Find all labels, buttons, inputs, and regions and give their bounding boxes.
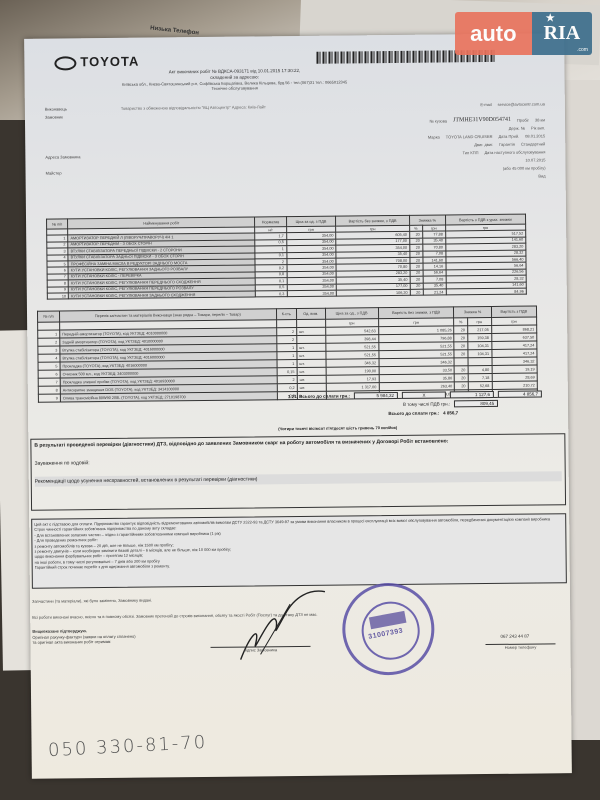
spacer: [121, 144, 468, 148]
row-no: 2: [38, 338, 60, 346]
part-discount: 159,38: [467, 333, 491, 341]
date-value: 08.01.2015: [525, 133, 545, 138]
vat-label: В тому числі ПДВ грн.:: [403, 401, 450, 406]
part-qty: 2: [277, 376, 297, 384]
vat-value: 809,45: [454, 400, 498, 407]
brand-name: TOYOTA: [80, 54, 139, 70]
customer-address-label: Адреса Замовника: [45, 153, 115, 159]
spacer: [46, 180, 116, 181]
work-price: 354,00: [287, 290, 337, 297]
next-service-km: (або 45 000 км пробігу): [503, 165, 546, 170]
part-discount-pct: 20: [454, 350, 467, 358]
pay-line: Всього до сплати грн.: 4 856,7: [288, 408, 458, 419]
vehicle-info: Виконавець Товариство з обмеженою відпов…: [45, 99, 546, 184]
next-service-date: 10.07.2015: [525, 157, 545, 162]
col-final: Вартість з ПДВ: [491, 306, 537, 317]
mileage-value: 38 км: [535, 117, 545, 122]
subheader-cell: %: [454, 318, 467, 326]
part-discount: 4,80: [468, 365, 492, 373]
part-discount-pct: 20: [454, 334, 467, 342]
total-x: X: [402, 391, 446, 398]
subheader-cell: грн: [467, 317, 491, 325]
warranty-label: Гарантія: [499, 141, 515, 146]
parts-table: № п/п Перелік запчастин та матеріалів Ви…: [37, 305, 538, 402]
spacer: [45, 148, 115, 149]
col-qty: К-сть: [276, 309, 296, 320]
toyota-logo: TOYOTA: [54, 54, 139, 70]
work-discount: 21,24: [423, 289, 446, 296]
row-no: 10: [47, 293, 68, 300]
part-discount: 217,05: [467, 325, 491, 333]
col-unit: Од. вим.: [296, 308, 325, 319]
model-label: Марка: [428, 134, 440, 139]
part-discount: 7,18: [468, 373, 492, 381]
spacer: [121, 160, 519, 164]
part-discount-pct: 20: [455, 374, 468, 382]
col-norm: Норматив: [255, 217, 286, 227]
row-no: 7: [38, 378, 60, 386]
cell: [276, 320, 296, 328]
next-service-label: Дата наступного обслуговування: [484, 149, 545, 155]
spacer: [121, 152, 456, 156]
plate-label: Держ. №: [509, 125, 525, 130]
spacer: [45, 140, 115, 141]
col-total: Вартість без знижки, з ПДВ: [378, 307, 454, 319]
col-discount: Знижка %: [409, 215, 445, 225]
vin-value: JTMHE31V90D054741: [453, 117, 511, 124]
part-qty: 1: [277, 352, 297, 360]
watermark-auto: auto: [455, 12, 532, 55]
spacer: [122, 176, 533, 180]
vin-label: № кузова: [429, 118, 447, 123]
email-value: service@avtocentr.com.ua: [498, 101, 545, 106]
col-price: Ціна за од., з ПДВ: [325, 308, 378, 320]
part-discount-pct: 20: [455, 382, 468, 390]
work-discount-pct: 20: [410, 289, 423, 296]
row-no: 3: [38, 346, 60, 354]
star-icon: ★: [546, 13, 555, 24]
executor-label: Виконавець: [45, 105, 115, 111]
row-no: 6: [38, 370, 60, 378]
diagnostics-box: В результаті проведеної перевірки (діагн…: [30, 433, 566, 511]
row-no: 5: [38, 362, 60, 370]
cell: [38, 322, 60, 330]
part-qty: 0,15: [277, 368, 297, 376]
confirm-line: та оригінал акта виконаних робіт отримав…: [32, 639, 135, 646]
row-no: 4: [38, 354, 60, 362]
works-body: н/ггрнгрн%грнгрн1 АМОРТИЗАТОР ПЕРЕДНІЙ Л…: [47, 224, 527, 299]
row-no: 1: [38, 330, 60, 338]
spacer: [122, 168, 497, 172]
kpp-label: Тип КПП: [463, 150, 479, 155]
email-label: E-mail: [480, 101, 491, 106]
col-price: Ціна за од. з ПДВ: [286, 216, 336, 227]
part-discount-pct: 20: [454, 326, 467, 334]
total-in-words: (Чотири тисячі вісімсот п'ятдесят шість …: [278, 425, 397, 431]
watermark-suffix: .com: [577, 47, 588, 53]
recommendations-label: Рекомендації щодо усунення несправностей…: [35, 471, 562, 487]
total-after: 4 856,7: [498, 390, 542, 397]
work-name: КУТИ УСТАНОВКИ КОЛІС, РЕГУЛЮВАННЯ ЗАДНЬО…: [69, 291, 256, 299]
company-stamp: 31007393: [335, 575, 442, 682]
part-discount-pct: [454, 358, 467, 366]
totals-block: 1.21. Всього до сплати грн.: 5 984,32 X …: [288, 389, 542, 419]
part-discount: 52,68: [468, 381, 492, 389]
col-no: № п/п: [37, 311, 59, 322]
toyota-emblem-icon: [54, 56, 76, 70]
part-discount: 104,31: [468, 341, 492, 349]
work-norm: 0,3: [256, 291, 287, 298]
works-table: № п/п Найменування робіт Норматив Ціна з…: [46, 214, 527, 300]
autoria-watermark: auto ★ RIA .com: [455, 12, 592, 55]
spacer: [121, 121, 423, 124]
watermark-ria: ★ RIA .com: [532, 12, 592, 55]
col-discount: Знижка %: [454, 306, 491, 317]
parts-returned-note: Запчастини (та матеріали), які було замі…: [32, 598, 152, 604]
spacer: [45, 132, 115, 133]
warranty-value: Стандартний: [521, 141, 545, 146]
act-document: TOYOTA Акт виконаних робіт № ВДКСА-09317…: [24, 33, 572, 779]
part-qty: 1: [276, 344, 296, 352]
part-qty: 2: [276, 328, 296, 336]
part-qty: 1: [277, 360, 297, 368]
model-value: TOYOTA LAND CRUISER: [446, 133, 493, 138]
customer-label: Замовник: [45, 113, 115, 119]
part-qty: 2: [276, 336, 296, 344]
engine-label: Двиг. двиг.: [474, 141, 493, 146]
signed-label: Вид: [538, 173, 545, 178]
spacer: [45, 124, 115, 125]
part-discount-pct: 20: [454, 342, 467, 350]
mileage-label: Пробіг: [517, 117, 529, 122]
customer-signature-line: підпис Замовника: [211, 646, 311, 653]
pay-value: 4 856,7: [443, 410, 458, 415]
watermark-ria-text: RIA: [544, 22, 581, 45]
spacer: [45, 164, 115, 165]
work-total: 106,20: [337, 289, 411, 296]
part-discount-pct: 20: [455, 366, 468, 374]
part-discount: 104,31: [468, 349, 492, 357]
row-no: 9: [38, 394, 60, 402]
total-discount: 1 127,6: [450, 391, 494, 398]
spacer: [121, 128, 503, 132]
date-label: Дата Прий.: [498, 133, 519, 138]
part-discount: [468, 357, 492, 365]
act-header: Акт виконаних робіт № ВДКСА-093171 від 1…: [84, 67, 384, 92]
confirmation-block: Вищевказане підтверджую. Оригінал рахунк…: [32, 628, 135, 646]
part-name: Олива трансмісійна 80W90 208L (TOYOTA), …: [60, 392, 277, 402]
phone-label: Номер телефону: [486, 643, 556, 650]
manager-label: Майстер: [46, 169, 116, 175]
warranty-terms: Цей акт є підставою для оплати. Підприєм…: [31, 513, 567, 589]
spacer: [121, 137, 422, 140]
total-before: 5 984,32: [354, 392, 398, 399]
work-final: 84,96: [446, 288, 526, 295]
part-qty: 0,2: [277, 384, 297, 392]
printed-phone: 067 243 44 87: [500, 634, 529, 639]
pay-label: Всього до сплати грн.:: [388, 411, 439, 417]
row-no: 8: [38, 386, 60, 394]
year-label: Рік вип.: [531, 125, 545, 130]
total-label: 1.21. Всього до сплати грн.:: [288, 393, 350, 399]
col-no: № п/п: [47, 219, 68, 229]
